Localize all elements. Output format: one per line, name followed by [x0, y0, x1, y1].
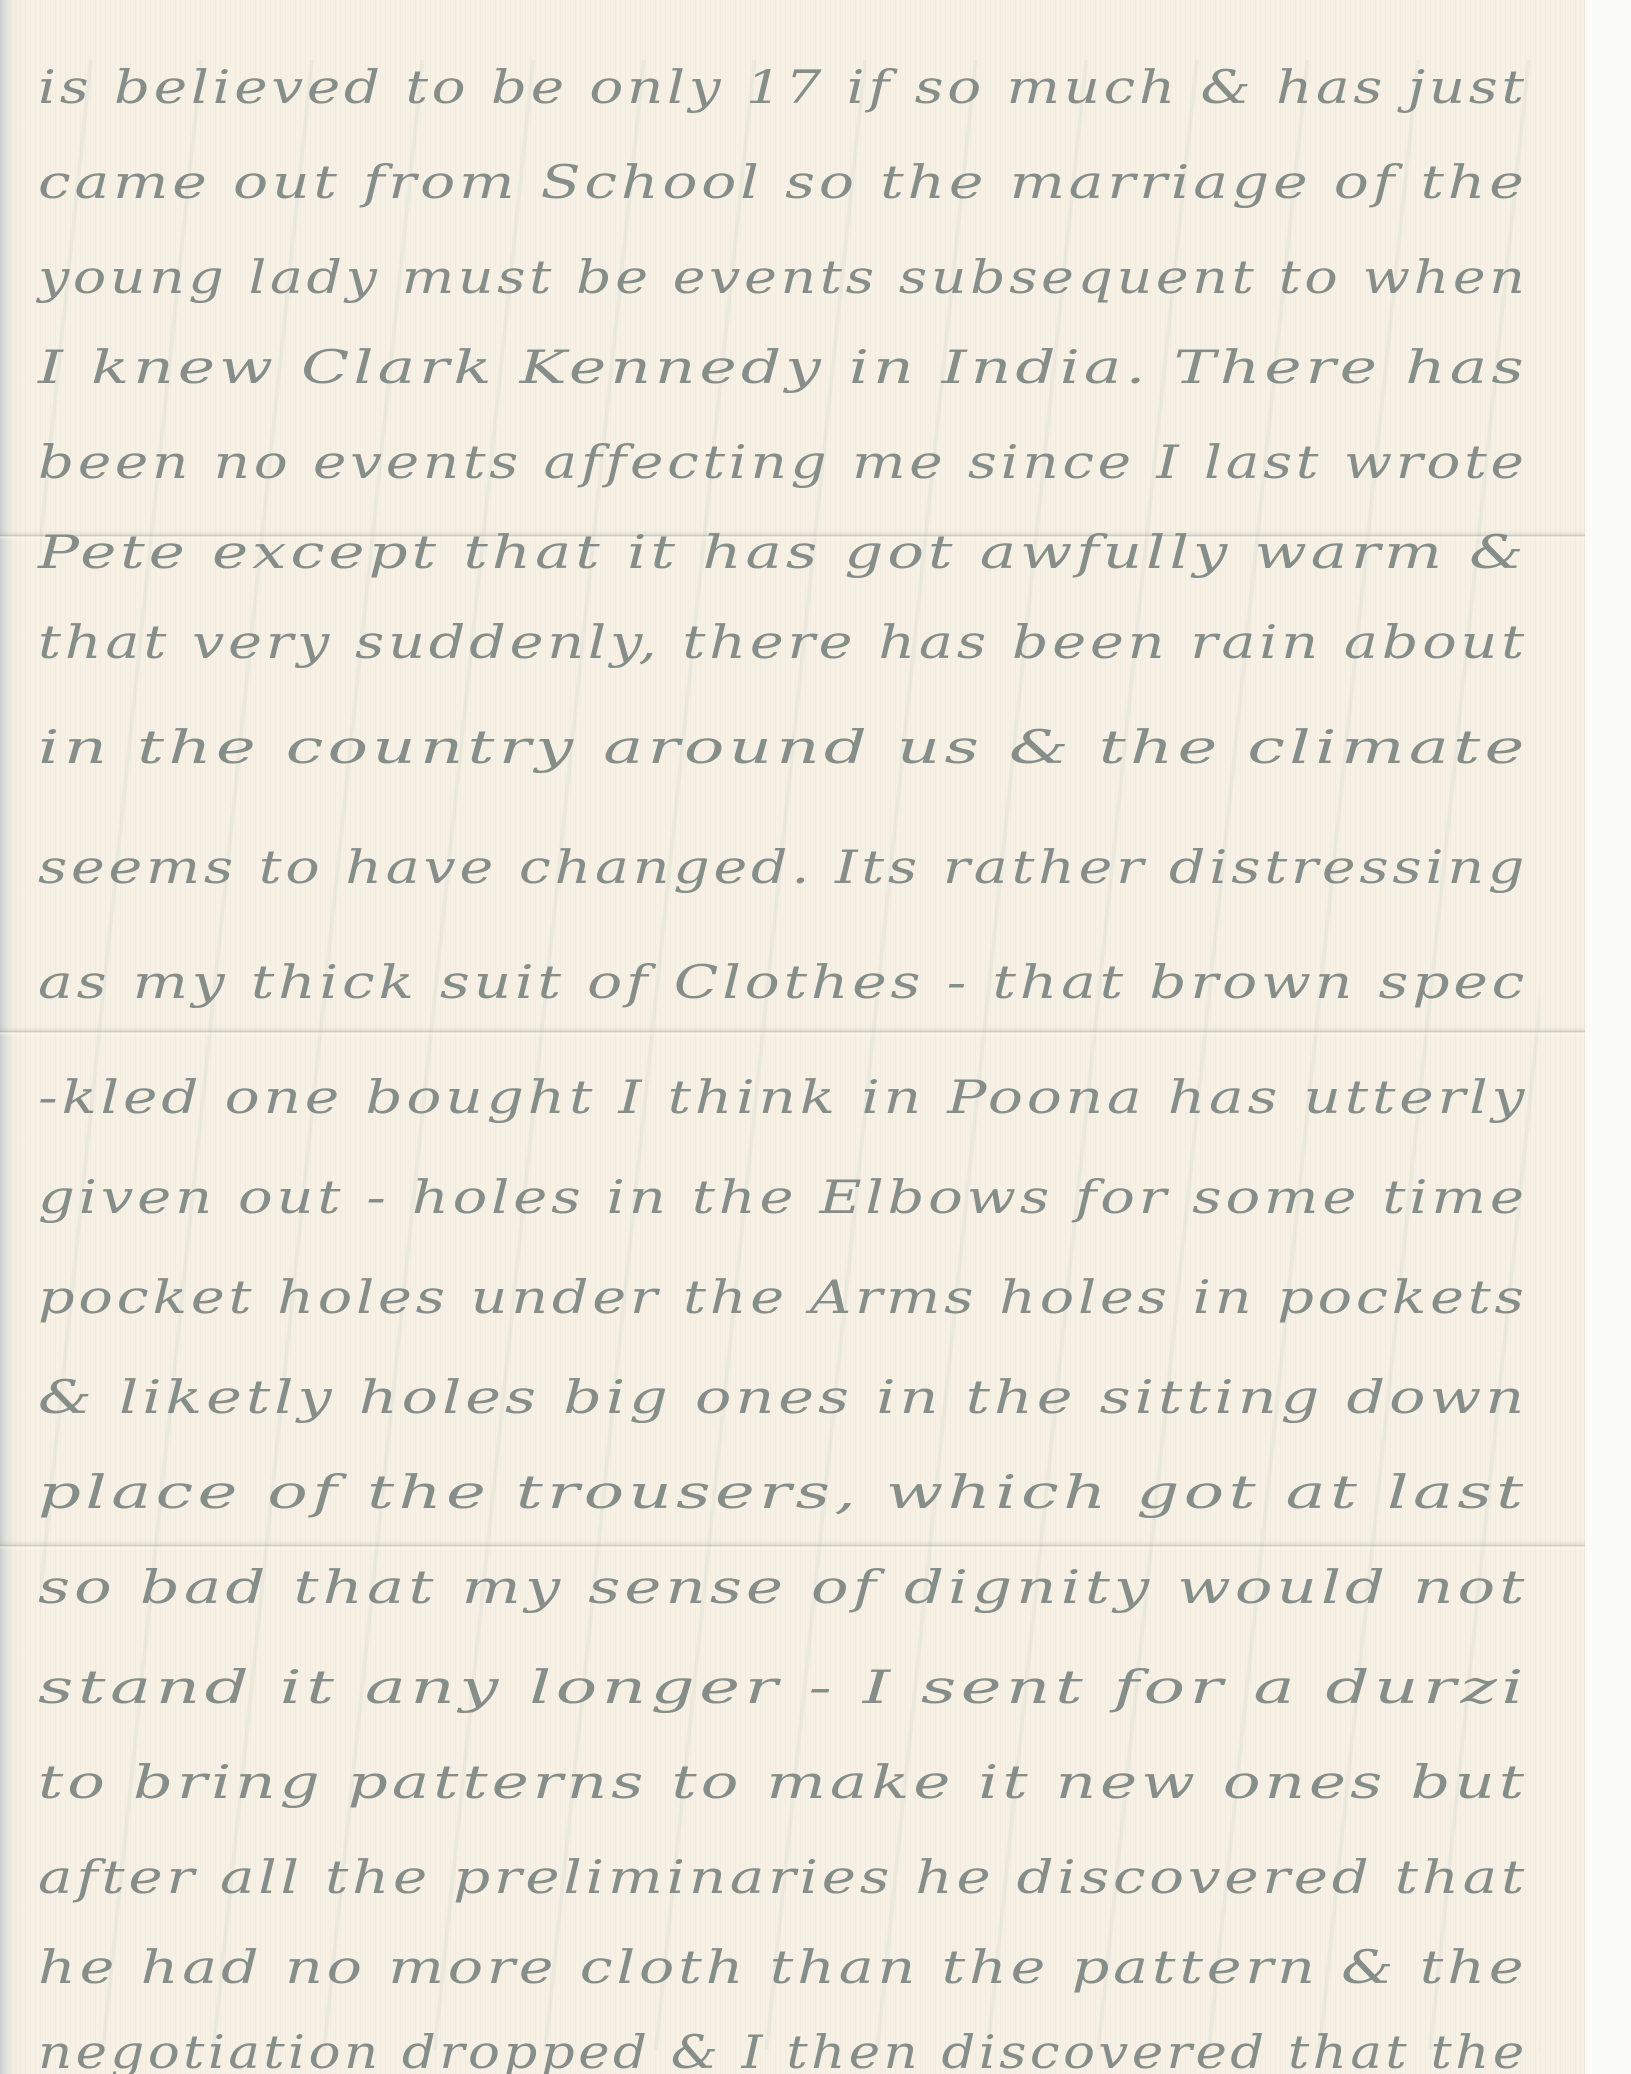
text-line: to bring patterns to make it new ones bu… — [38, 1755, 1528, 1809]
text-line: so bad that my sense of dignity would no… — [38, 1560, 1528, 1614]
letter-page: is believed to be only 17 if so much & h… — [0, 0, 1585, 2074]
text-line: pocket holes under the Arms holes in poc… — [38, 1270, 1528, 1324]
text-line: stand it any longer - I sent for a durzi — [38, 1660, 1528, 1714]
text-line: after all the preliminaries he discovere… — [38, 1850, 1528, 1904]
text-line: young lady must be events subsequent to … — [38, 250, 1528, 304]
text-line: negotiation dropped & I then discovered … — [38, 2025, 1528, 2074]
text-line: in the country around us & the climate — [38, 720, 1529, 774]
text-line: place of the trousers, which got at last — [38, 1465, 1528, 1519]
text-line: Pete except that it has got awfully warm… — [38, 525, 1527, 579]
text-line: that very suddenly, there has been rain … — [38, 615, 1528, 669]
fold-crease — [0, 1540, 1585, 1550]
text-line: came out from School so the marriage of … — [38, 155, 1528, 209]
text-line: as my thick suit of Clothes - that brown… — [38, 955, 1528, 1009]
fold-crease — [0, 1026, 1585, 1036]
text-line: & liketly holes big ones in the sitting … — [38, 1370, 1528, 1424]
text-line: given out - holes in the Elbows for some… — [38, 1170, 1528, 1224]
text-line: seems to have changed. Its rather distre… — [38, 840, 1528, 894]
text-line: is believed to be only 17 if so much & h… — [38, 60, 1528, 114]
text-line: -kled one bought I think in Poona has ut… — [38, 1070, 1528, 1124]
text-line: been no events affecting me since I last… — [38, 435, 1528, 489]
text-line: I knew Clark Kennedy in India. There has — [38, 340, 1528, 394]
text-line: he had no more cloth than the pattern & … — [38, 1940, 1527, 1994]
